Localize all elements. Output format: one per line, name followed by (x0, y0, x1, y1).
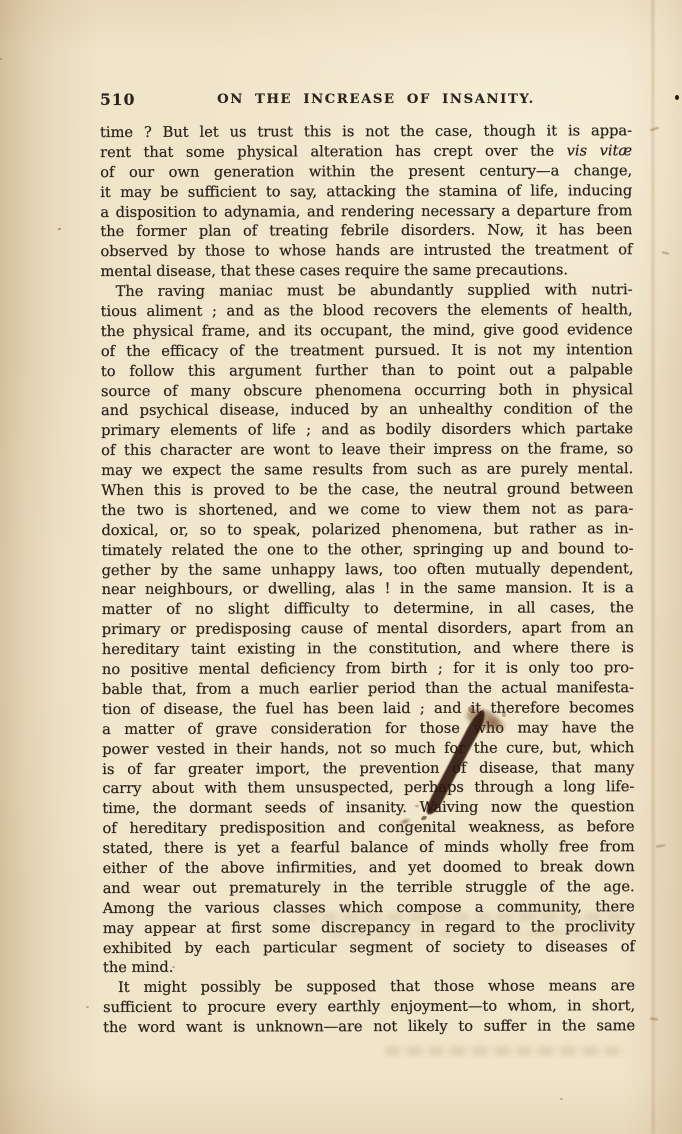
bleedthrough-smudge (330, 929, 630, 938)
text-line: gether by the same unhappy laws, too oft… (102, 559, 634, 581)
ink-blot-shape (370, 685, 530, 835)
text-line: carry about with them unsuspected, perha… (102, 778, 634, 800)
text-line: of our own generation within the present… (100, 161, 632, 183)
text-line: When this is proved to be the case, the … (101, 479, 633, 501)
scanned-book-page: 510 ON THE INCREASE OF INSANITY. time ? … (0, 0, 682, 1134)
paper-speck (675, 95, 679, 100)
text-line: no positive mental deficiency from birth… (102, 658, 634, 680)
text-line: and wear out prematurely in the terrible… (103, 877, 635, 899)
text-line: exhibited by each particular segment of … (103, 937, 635, 959)
text-line: observed by those to whose hands are int… (100, 240, 632, 262)
paper-speck (172, 966, 175, 968)
text-line: mental disease, that these cases require… (100, 260, 632, 282)
text-line: and psychical disease, induced by an unh… (101, 400, 633, 422)
page-body: time ? But let us trust this is not the … (100, 121, 635, 1038)
page-edge-crease (652, 0, 654, 1134)
paper-speck (58, 228, 61, 230)
running-title: ON THE INCREASE OF INSANITY. (160, 92, 592, 107)
text-line: of the efficacy of the treatment pursued… (101, 340, 633, 362)
text-line: of hereditary predisposition and congeni… (102, 817, 634, 839)
ink-blot (370, 685, 530, 835)
text-line: hereditary taint existing in the constit… (102, 638, 634, 660)
text-line: timately related the one to the other, s… (101, 539, 633, 561)
text-line: to follow this argument further than to … (101, 360, 633, 382)
text-line: of this character are wont to leave thei… (101, 439, 633, 461)
running-head: 510 ON THE INCREASE OF INSANITY. (100, 90, 632, 112)
text-line: power vested in their hands, not so much… (102, 738, 634, 760)
text-line: the mind. (103, 957, 635, 979)
paper-speck (600, 430, 602, 432)
bleedthrough-smudge (385, 1046, 625, 1056)
text-line: primary elements of life ; and as bodily… (101, 420, 633, 442)
text-line: time ? But let us trust this is not the … (100, 121, 632, 143)
paragraph: The raving maniac must be abundantly sup… (101, 280, 635, 978)
text-line: time, the dormant seeds of insanity. Wai… (102, 797, 634, 819)
page-edge-strip (654, 0, 682, 1134)
text-line: primary or predisposing cause of mental … (102, 618, 634, 640)
paper-speck (0, 58, 2, 60)
text-line: sufficient to procure every earthly enjo… (103, 996, 635, 1018)
text-line: The raving maniac must be abundantly sup… (101, 280, 633, 302)
text-line: rent that some physical alteration has c… (100, 141, 632, 163)
text-line: a matter of grave consideration for thos… (102, 718, 634, 740)
paragraph: It might possibly be supposed that those… (103, 976, 635, 1038)
text-line: the two is shortened, and we come to vie… (101, 499, 633, 521)
text-line: tious aliment ; and as the blood recover… (101, 300, 633, 322)
paper-speck (86, 1006, 89, 1008)
text-line: the physical frame, and its occupant, th… (101, 320, 633, 342)
text-line: a disposition to adynamia, and rendering… (100, 201, 632, 223)
text-line: the former plan of treating febrile diso… (100, 221, 632, 243)
paragraph: time ? But let us trust this is not the … (100, 121, 633, 282)
text-line: doxical, or, so to speak, polarized phen… (101, 519, 633, 541)
page-number: 510 (100, 90, 135, 109)
text-line: may we expect the same results from such… (101, 459, 633, 481)
text-line: bable that, from a much earlier period t… (102, 678, 634, 700)
text-line: matter of no slight difficulty to determ… (102, 599, 634, 621)
text-line: the word want is unknown—are not likely … (103, 1016, 635, 1038)
text-line: stated, there is yet a fearful balance o… (102, 837, 634, 859)
bleedthrough-smudge (300, 912, 630, 922)
text-line: it may be sufficient to say, attacking t… (100, 181, 632, 203)
text-line: tion of disease, the fuel has been laid … (102, 698, 634, 720)
text-line: source of many obscure phenomena occurri… (101, 380, 633, 402)
text-line: It might possibly be supposed that those… (103, 976, 635, 998)
text-line: either of the above infirmities, and yet… (103, 857, 635, 879)
text-line: is of far greater import, the prevention… (102, 758, 634, 780)
text-line: near neighbours, or dwelling, alas ! in … (102, 579, 634, 601)
paper-speck (560, 1098, 563, 1100)
ink-smudge (414, 804, 420, 808)
